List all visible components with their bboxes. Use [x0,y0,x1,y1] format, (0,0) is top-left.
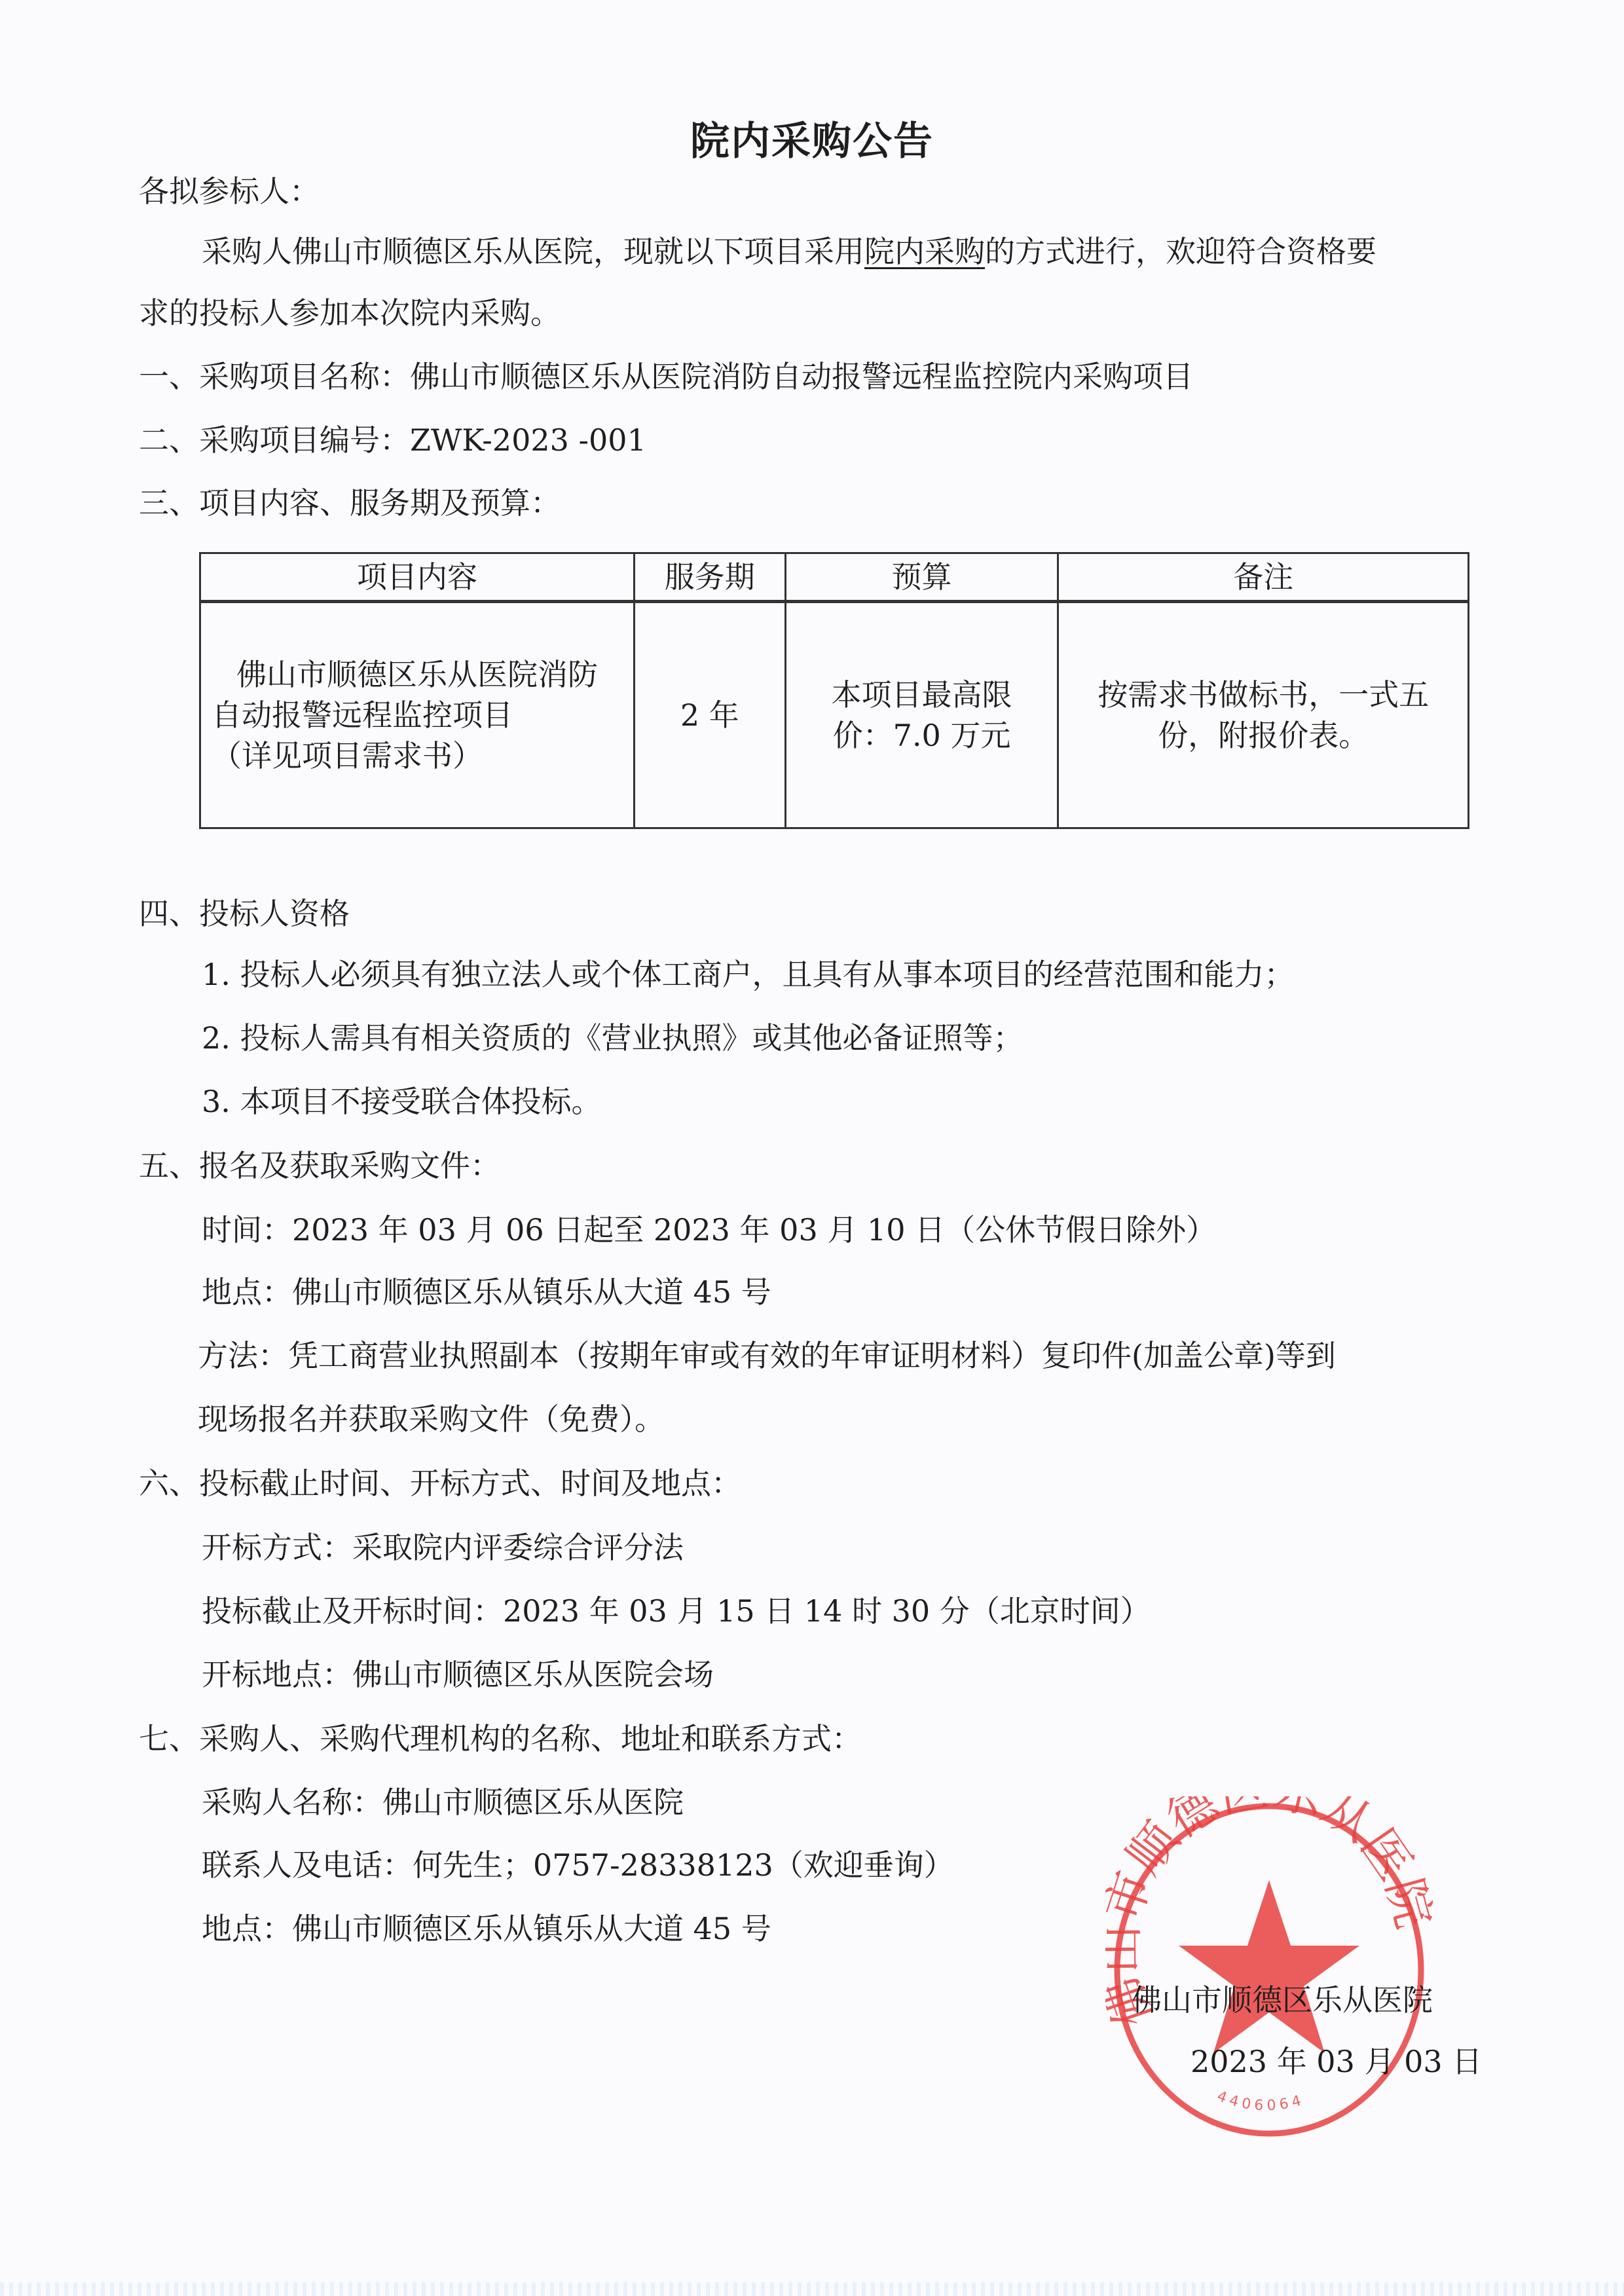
signature-organization: 佛山市顺德区乐从医院 [1132,1976,1433,2020]
section-7-heading: 七、采购人、采购代理机构的名称、地址和联系方式： [139,1719,862,1758]
purchaser-name: 采购人名称：佛山市顺德区乐从医院 [202,1783,684,1822]
purchaser-address: 地点：佛山市顺德区乐从镇乐从大道 45 号 [202,1909,771,1948]
bid-opening-venue: 开标地点：佛山市顺德区乐从医院会场 [202,1655,714,1694]
salutation: 各拟参标人： [139,172,320,211]
bid-deadline: 投标截止及开标时间：2023 年 03 月 15 日 14 时 30 分（北京时… [202,1591,1151,1631]
section-2-project-number: 二、采购项目编号：ZWK-2023 -001 [139,420,646,460]
qualification-item-3: 3. 本项目不接受联合体投标。 [202,1082,602,1121]
section-5-heading: 五、报名及获取采购文件： [139,1146,500,1185]
scan-edge-artifact [0,2282,1624,2296]
cell-project-content: 佛山市顺德区乐从医院消防 自动报警远程监控项目 （详见项目需求书） [200,602,635,828]
intro-paragraph-line2: 求的投标人参加本次院内采购。 [139,293,561,333]
remark-line: 按需求书做标书，一式五 [1069,675,1457,715]
official-seal-stamp-icon: 佛山市顺德区乐从医院 4406064 [1105,1796,1433,2143]
intro-paragraph-line1: 采购人佛山市顺德区乐从医院，现就以下项目采用院内采购的方式进行，欢迎符合资格要 [202,232,1376,271]
budget-line: 价：7.0 万元 [797,715,1047,756]
content-line: （详见项目需求书） [212,735,623,776]
section-4-heading: 四、投标人资格 [139,894,350,933]
remark-line: 份，附报价表。 [1069,715,1457,756]
intro-text-before: 采购人佛山市顺德区乐从医院，现就以下项目采用 [202,234,864,269]
table-row: 佛山市顺德区乐从医院消防 自动报警远程监控项目 （详见项目需求书） 2 年 本项… [200,602,1469,828]
section-3-heading: 三、项目内容、服务期及预算： [139,483,561,523]
table-header-row: 项目内容 服务期 预算 备注 [200,553,1469,602]
section-6-heading: 六、投标截止时间、开标方式、时间及地点： [139,1464,741,1503]
page-title: 院内采购公告 [0,110,1624,166]
header-remarks: 备注 [1058,553,1469,602]
cell-remarks: 按需求书做标书，一式五 份，附报价表。 [1058,602,1469,828]
budget-line: 本项目最高限 [797,675,1047,715]
registration-method-line1: 方法：凭工商营业执照副本（按期年审或有效的年审证明材料）复印件(加盖公章)等到 [198,1336,1336,1375]
signature-date: 2023 年 03 月 03 日 [1190,2038,1482,2081]
registration-place: 地点：佛山市顺德区乐从镇乐从大道 45 号 [202,1272,771,1312]
contact-phone: 联系人及电话：何先生；0757-28338123（欢迎垂询） [202,1845,954,1885]
cell-budget: 本项目最高限 价：7.0 万元 [785,602,1058,828]
project-budget-table: 项目内容 服务期 预算 备注 佛山市顺德区乐从医院消防 自动报警远程监控项目 （… [199,552,1469,829]
registration-time: 时间：2023 年 03 月 06 日起至 2023 年 03 月 10 日（公… [202,1210,1216,1250]
bid-opening-mode: 开标方式：采取院内评委综合评分法 [202,1528,684,1567]
section-1-project-name: 一、采购项目名称：佛山市顺德区乐从医院消防自动报警远程监控院内采购项目 [139,357,1193,396]
header-budget: 预算 [785,553,1058,602]
qualification-item-2: 2. 投标人需具有相关资质的《营业执照》或其他必备证照等； [202,1018,1024,1058]
header-project-content: 项目内容 [200,553,635,602]
intro-text-after: 的方式进行，欢迎符合资格要 [985,234,1376,269]
content-line: 佛山市顺德区乐从医院消防 [212,654,623,695]
header-service-period: 服务期 [635,553,786,602]
qualification-item-1: 1. 投标人必须具有独立法人或个体工商户，且具有从事本项目的经营范围和能力； [202,955,1295,994]
intro-underlined-term: 院内采购 [864,234,985,269]
content-line: 自动报警远程监控项目 [212,695,623,735]
procurement-notice-page: 院内采购公告 各拟参标人： 采购人佛山市顺德区乐从医院，现就以下项目采用院内采购… [0,0,1624,2296]
registration-method-line2: 现场报名并获取采购文件（免费）。 [198,1399,665,1439]
svg-text:4406064: 4406064 [1215,2088,1307,2115]
cell-service-period: 2 年 [635,602,786,828]
